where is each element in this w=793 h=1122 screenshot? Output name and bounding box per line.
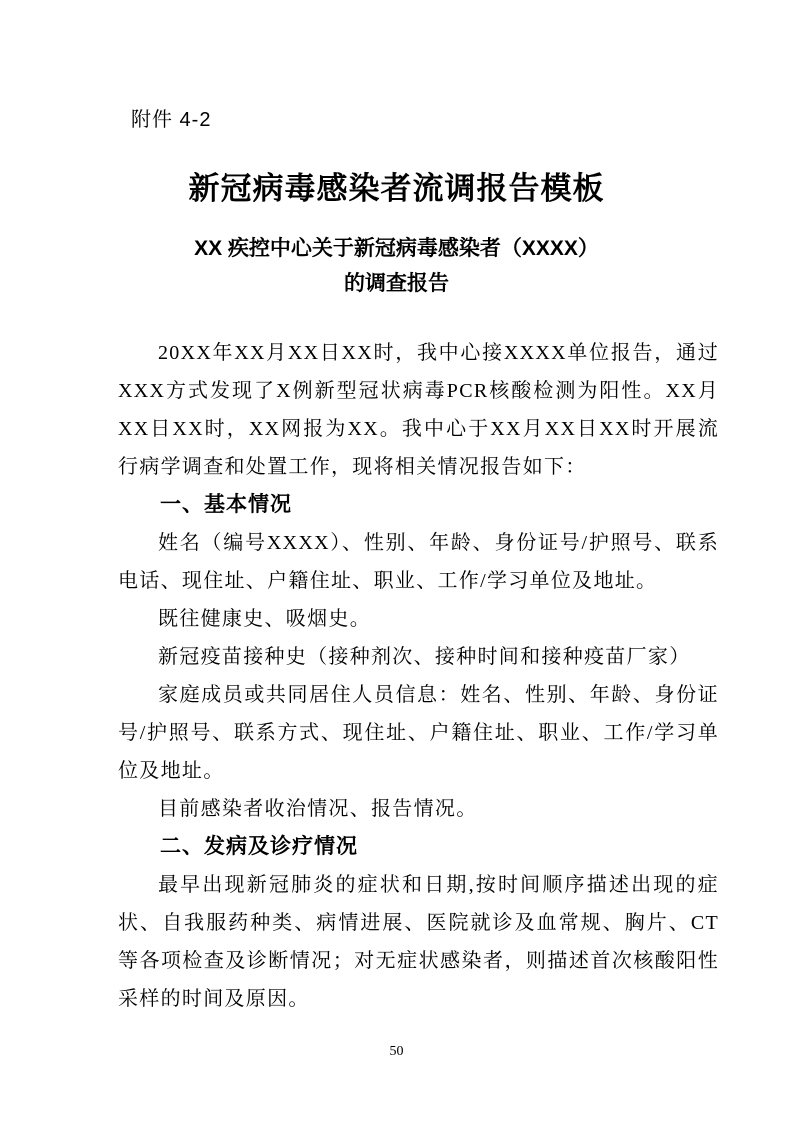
paragraph-health-history: 既往健康史、吸烟史。 — [118, 600, 719, 638]
subtitle-line-1: XX 疾控中心关于新冠病毒感染者（XXXX） — [0, 231, 793, 266]
paragraph-intro-report: 20XX年XX月XX日XX时，我中心接XXXX单位报告，通过XXX方式发现了X例… — [118, 334, 719, 486]
section-heading-basic-info: 一、基本情况 — [118, 486, 719, 524]
paragraph-personal-info: 姓名（编号XXXX）、性别、年龄、身份证号/护照号、联系电话、现住址、户籍住址、… — [118, 524, 719, 600]
document-page: 附件 4-2 新冠病毒感染者流调报告模板 XX 疾控中心关于新冠病毒感染者（XX… — [0, 0, 793, 1122]
document-title: 新冠病毒感染者流调报告模板 — [0, 163, 793, 208]
page-number: 50 — [0, 1044, 793, 1060]
paragraph-current-status: 目前感染者收治情况、报告情况。 — [118, 790, 719, 828]
document-body: 20XX年XX月XX日XX时，我中心接XXXX单位报告，通过XXX方式发现了X例… — [118, 334, 719, 1018]
subtitle-line-2: 的调查报告 — [0, 266, 793, 301]
paragraph-symptoms-diagnosis: 最早出现新冠肺炎的症状和日期,按时间顺序描述出现的症状、自我服药种类、病情进展、… — [118, 866, 719, 1018]
paragraph-family-members: 家庭成员或共同居住人员信息：姓名、性别、年龄、身份证号/护照号、联系方式、现住址… — [118, 676, 719, 790]
section-heading-onset-treatment: 二、发病及诊疗情况 — [118, 828, 719, 866]
document-subtitle: XX 疾控中心关于新冠病毒感染者（XXXX） 的调查报告 — [0, 231, 793, 301]
attachment-label: 附件 4-2 — [131, 103, 211, 132]
paragraph-vaccination-history: 新冠疫苗接种史（接种剂次、接种时间和接种疫苗厂家） — [118, 638, 719, 676]
